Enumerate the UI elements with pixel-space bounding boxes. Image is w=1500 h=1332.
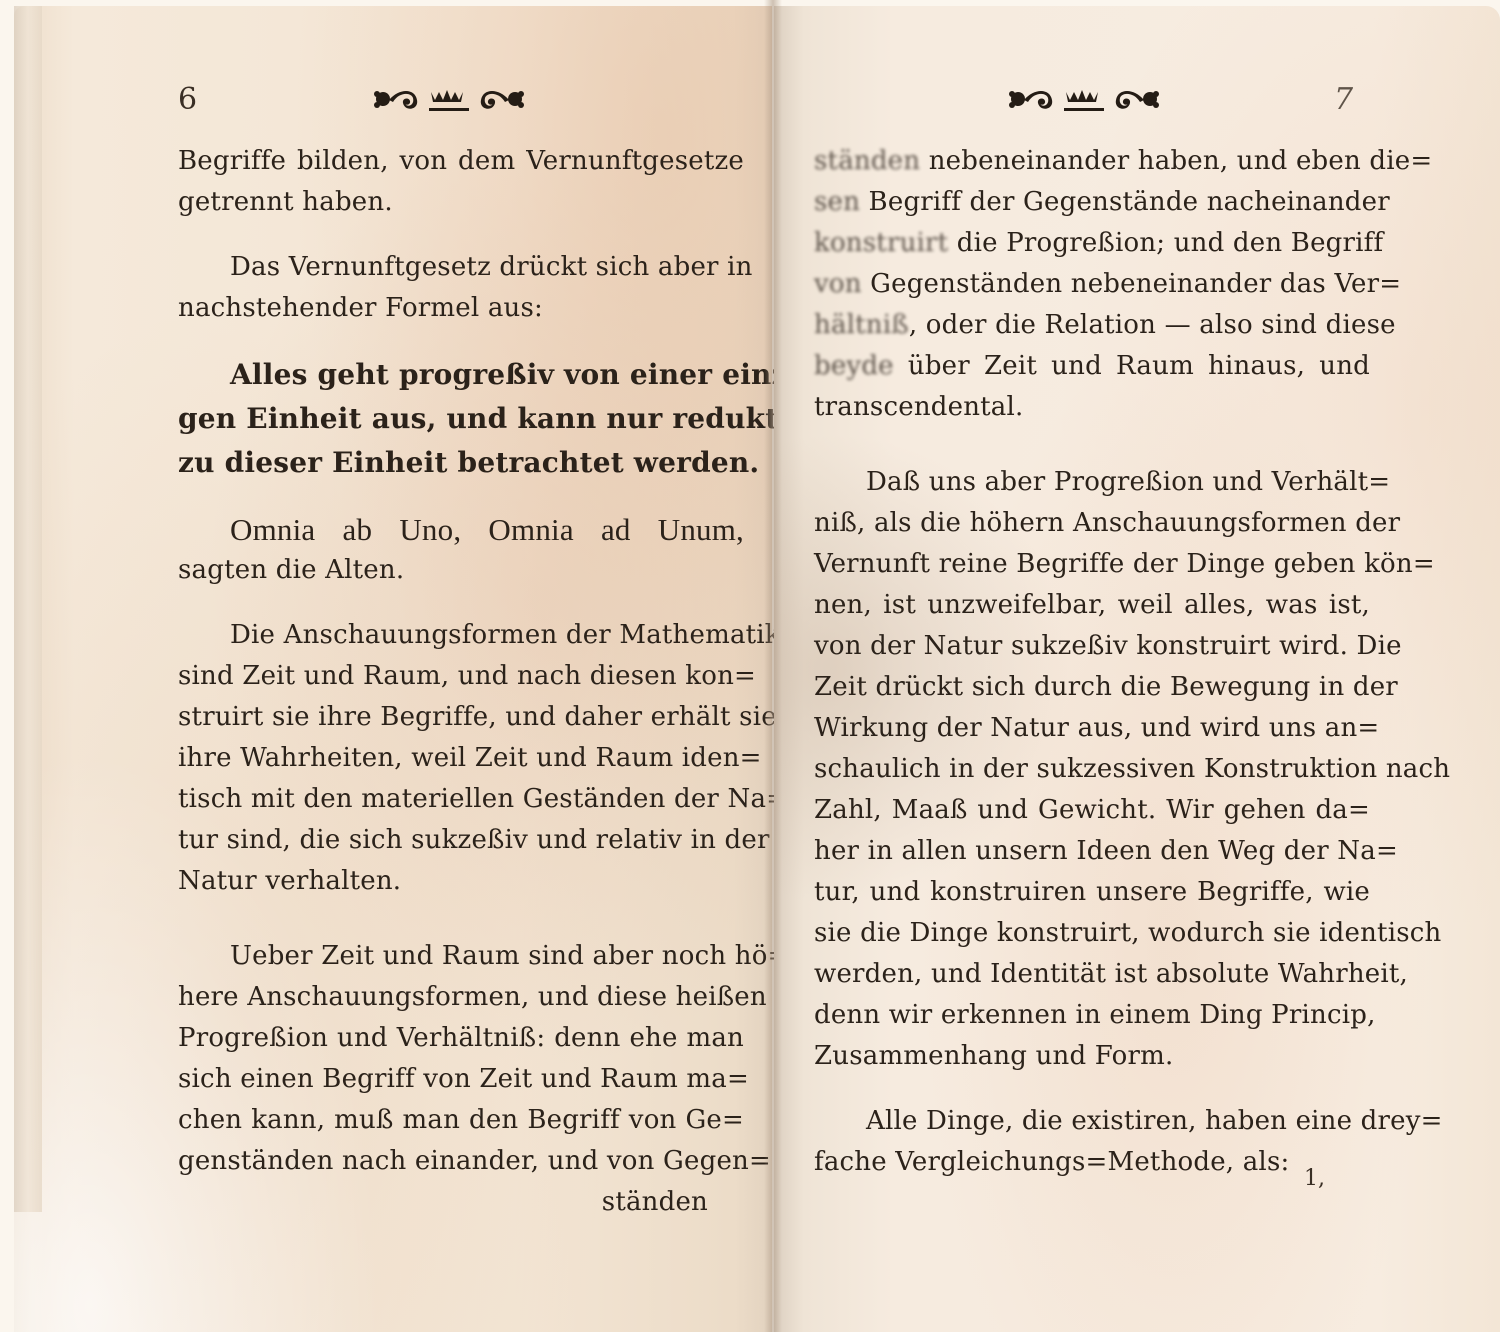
floral-ornament-icon (1004, 86, 1164, 116)
text-line: Zeit drückt sich durch die Bewegung in d… (814, 667, 1370, 708)
text-segment: , oder die Relation — also sind diese (909, 310, 1396, 340)
emphasized-formula: Alles geht progreßiv von einer einzi= ge… (178, 353, 744, 485)
text-line: Alle Dinge, die existiren, haben eine dr… (814, 1101, 1370, 1142)
catchword: ständen (178, 1182, 744, 1223)
text-line: getrennt haben. (178, 182, 744, 223)
blurred-gutter-word: konstruirt (814, 228, 948, 258)
text-line: Die Anschauungsformen der Mathematik (178, 615, 744, 656)
text-line: hältniß, oder die Relation — also sind d… (814, 305, 1370, 346)
text-line: Wirkung der Natur aus, und wird uns an= (814, 708, 1370, 749)
paragraph: Alle Dinge, die existiren, haben eine dr… (814, 1101, 1370, 1183)
text-line: von der Natur sukzeßiv konstruirt wird. … (814, 626, 1370, 667)
paragraph: Das Vernunftgesetz drückt sich aber in n… (178, 247, 744, 329)
text-line: tur sind, die sich sukzeßiv und relativ … (178, 820, 744, 861)
text-line: tur, und konstruiren unsere Begriffe, wi… (814, 872, 1370, 913)
text-line: Natur verhalten. (178, 861, 744, 902)
text-segment: nebeneinander haben, und eben die= (929, 146, 1433, 176)
text-line: sen Begriff der Gegenstände nacheinander (814, 182, 1370, 223)
text-line: tisch mit den materiellen Geständen der … (178, 779, 744, 820)
text-line: niß, als die höhern Anschauungsformen de… (814, 503, 1370, 544)
book-gutter (764, 0, 782, 1332)
text-line: ihre Wahrheiten, weil Zeit und Raum iden… (178, 738, 744, 779)
blurred-gutter-word: ständen (814, 146, 920, 176)
right-page: 7 ständen nebeneinander haben, und eben … (774, 6, 1500, 1332)
book-spread: 6 Begriffe bilden, von de (0, 0, 1500, 1332)
text-line: Alles geht progreßiv von einer einzi= (178, 353, 744, 397)
text-line: Begriffe bilden, von dem Vernunftgesetze (178, 141, 744, 182)
paragraph: Die Anschauungsformen der Mathematik sin… (178, 615, 744, 902)
right-page-header: 7 (774, 78, 1500, 118)
text-line: zu dieser Einheit betrachtet werden. (178, 441, 744, 485)
text-line: sie die Dinge konstruirt, wodurch sie id… (814, 913, 1370, 954)
paragraph: ständen nebeneinander haben, und eben di… (814, 141, 1370, 428)
left-page-body: Begriffe bilden, von dem Vernunftgesetze… (178, 141, 744, 1223)
left-page-header: 6 (14, 78, 772, 118)
text-line: denn wir erkennen in einem Ding Princip, (814, 995, 1370, 1036)
text-line: sind Zeit und Raum, und nach diesen kon= (178, 656, 744, 697)
text-line: fache Vergleichungs=Methode, als: (814, 1142, 1370, 1183)
text-line: nachstehender Formel aus: (178, 288, 744, 329)
paragraph: Begriffe bilden, von dem Vernunftgesetze… (178, 141, 744, 223)
text-line: werden, und Identität ist absolute Wahrh… (814, 954, 1370, 995)
floral-ornament-icon (369, 86, 529, 116)
paragraph: Ueber Zeit und Raum sind aber noch hö= h… (178, 936, 744, 1182)
page-number: 6 (178, 82, 197, 117)
text-line: her in allen unsern Ideen den Weg der Na… (814, 831, 1370, 872)
text-line: Progreßion und Verhältniß: denn ehe man (178, 1018, 744, 1059)
text-segment: die Progreßion; und den Begriff (957, 228, 1384, 258)
text-line: sich einen Begriff von Zeit und Raum ma= (178, 1059, 744, 1100)
text-line: gen Einheit aus, und kann nur reduktiv (178, 397, 744, 441)
paragraph: Daß uns aber Progreßion und Verhält= niß… (814, 462, 1370, 1077)
text-segment: über Zeit und Raum hinaus, und (908, 351, 1370, 381)
blurred-gutter-word: hältniß (814, 310, 909, 340)
text-line: genständen nach einander, und von Gegen= (178, 1141, 744, 1182)
blurred-gutter-word: sen (814, 187, 860, 217)
text-segment: Begriff der Gegenstände nacheinander (869, 187, 1390, 217)
left-page: 6 Begriffe bilden, von de (14, 6, 772, 1332)
text-line: sagten die Alten. (178, 550, 744, 591)
text-segment: Gegenständen nebeneinander das Ver= (870, 269, 1401, 299)
text-line: Zusammenhang und Form. (814, 1036, 1370, 1077)
text-line: here Anschauungsformen, und diese heißen (178, 977, 744, 1018)
blurred-gutter-word: von (814, 269, 862, 299)
page-number: 7 (1334, 82, 1353, 117)
text-line: nen, ist unzweifelbar, weil alles, was i… (814, 585, 1370, 626)
signature-mark: 1, (1304, 1166, 1325, 1191)
text-line: schaulich in der sukzessiven Konstruktio… (814, 749, 1370, 790)
text-line: Zahl, Maaß und Gewicht. Wir gehen da= (814, 790, 1370, 831)
text-line: Daß uns aber Progreßion und Verhält= (814, 462, 1370, 503)
text-line: beyde über Zeit und Raum hinaus, und (814, 346, 1370, 387)
text-line: Ueber Zeit und Raum sind aber noch hö= (178, 936, 744, 977)
right-page-body: ständen nebeneinander haben, und eben di… (814, 141, 1370, 1183)
text-line: Vernunft reine Begriffe der Dinge geben … (814, 544, 1370, 585)
latin-line: Omnia ab Uno, Omnia ad Unum, (178, 509, 744, 550)
text-line: ständen nebeneinander haben, und eben di… (814, 141, 1370, 182)
text-line: transcendental. (814, 387, 1370, 428)
text-line: von Gegenständen nebeneinander das Ver= (814, 264, 1370, 305)
latin-quote: Omnia ab Uno, Omnia ad Unum, sagten die … (178, 509, 744, 591)
text-line: konstruirt die Progreßion; und den Begri… (814, 223, 1370, 264)
text-line: Das Vernunftgesetz drückt sich aber in (178, 247, 744, 288)
blurred-gutter-word: beyde (814, 351, 894, 381)
text-line: chen kann, muß man den Begriff von Ge= (178, 1100, 744, 1141)
text-line: struirt sie ihre Begriffe, und daher erh… (178, 697, 744, 738)
